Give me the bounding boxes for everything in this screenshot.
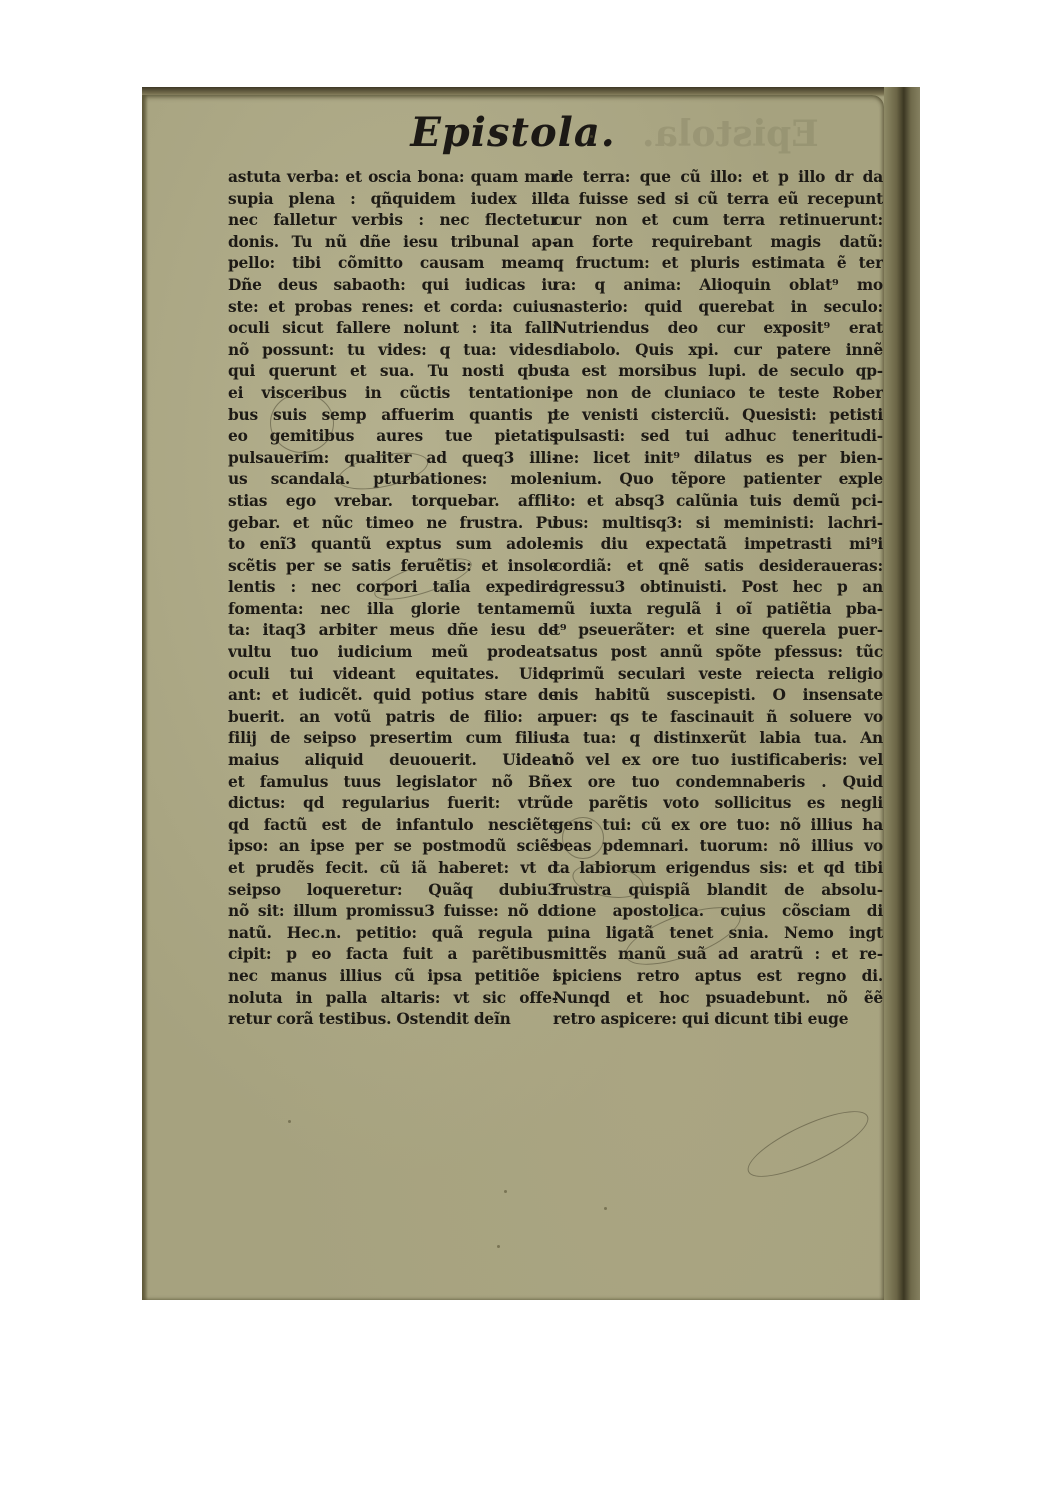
text-line: cur non et cum terra retinuerunt:	[553, 210, 883, 232]
text-line: ra: q anima: Alioquin oblat⁹ mo	[553, 275, 883, 297]
text-line: ex ore tuo condemnaberis . Quid	[553, 772, 883, 794]
text-line: igressu3 obtinuisti. Post hec p an	[553, 577, 883, 599]
text-line: nũ iuxta regulã i oĩ patiẽtia pba-	[553, 599, 883, 621]
running-head: Epistola.	[142, 109, 884, 156]
text-line: noluta in palla altaris: vt sic offe-	[228, 988, 558, 1010]
text-line: ta: itaq3 arbiter meus dñe iesu de	[228, 620, 558, 642]
text-line: maius aliquid deuouerit. Uideat	[228, 750, 558, 772]
text-line: nasterio: quid querebat in seculo:	[553, 297, 883, 319]
text-line: nec manus illius cũ ipsa petitiõe i	[228, 966, 558, 988]
text-line: spiciens retro aptus est regno di.	[553, 966, 883, 988]
text-line: pe non de cluniaco te teste Rober	[553, 383, 883, 405]
text-line: mittẽs manũ suã ad aratrũ : et re-	[553, 944, 883, 966]
text-line: primũ seculari veste reiecta religio	[553, 664, 883, 686]
text-line: filij de seipso presertim cum filius	[228, 728, 558, 750]
text-line: ta est morsibus lupi. de seculo qp-	[553, 361, 883, 383]
text-line: ne: licet init⁹ dilatus es per bien-	[553, 448, 883, 470]
text-line: et famulus tuus legislator nõ Bñ-	[228, 772, 558, 794]
text-line: t⁹ pseuerãter: et sine querela puer-	[553, 620, 883, 642]
pen-scribble	[562, 817, 604, 859]
text-line: stias ego vrebar. torquebar. affli-	[228, 491, 558, 513]
text-line: nõ possunt: tu vides: q tua: vides:	[228, 340, 558, 362]
text-line: Nunqd et hoc psuadebunt. nõ ẽẽ	[553, 988, 883, 1010]
text-line: gebar. et nũc timeo ne frustra. Pu	[228, 513, 558, 535]
text-line: de parẽtis voto sollicitus es negli	[553, 793, 883, 815]
text-line: retur corã testibus. Ostendit deĩn	[228, 1009, 558, 1031]
text-line: to enĩ3 quantũ exptus sum adole-	[228, 534, 558, 556]
text-line: pulsasti: sed tui adhuc teneritudi-	[553, 426, 883, 448]
text-line: diabolo. Quis xpi. cur patere innẽ	[553, 340, 883, 362]
text-line: donis. Tu nũ dñe iesu tribunal ap-	[228, 232, 558, 254]
text-line: ta tua: q distinxerũt labia tua. An	[553, 728, 883, 750]
text-line: an forte requirebant magis datũ:	[553, 232, 883, 254]
text-line: q fructum: et pluris estimata ẽ ter	[553, 253, 883, 275]
pen-scribble	[270, 393, 334, 453]
page-leaf: Epistola. Epistola. astuta verba: et osc…	[142, 95, 884, 1300]
text-line: qd factũ est de infantulo nesciẽte	[228, 815, 558, 837]
text-line: natũ. Hec.n. petitio: quã regula p	[228, 923, 558, 945]
book-binding-edge	[884, 87, 920, 1300]
paper-speck	[590, 135, 593, 138]
text-line: fomenta: nec illa glorie tentamen	[228, 599, 558, 621]
text-line: nis habitũ suscepisti. O insensate	[553, 685, 883, 707]
text-line: astuta verba: et oscia bona: quam mar	[228, 167, 558, 189]
paper-speck	[504, 1190, 507, 1193]
paper-speck	[288, 1120, 291, 1123]
text-line: cordiã: et qnẽ satis desideraueras:	[553, 556, 883, 578]
text-line: satus post annũ spõte pfessus: tũc	[553, 642, 883, 664]
paper-speck	[497, 1245, 500, 1248]
text-line: retro aspicere: qui dicunt tibi euge	[553, 1009, 883, 1031]
text-line: Nutriendus deo cur exposit⁹ erat	[553, 318, 883, 340]
paper-speck	[604, 1207, 607, 1210]
scanned-page-photo: Epistola. Epistola. astuta verba: et osc…	[142, 87, 920, 1300]
pen-scribble	[740, 1099, 876, 1189]
text-line: buerit. an votũ patris de filio: an	[228, 707, 558, 729]
text-line: puer: qs te fascinauit ñ soluere vo	[553, 707, 883, 729]
page-left-edge	[142, 95, 148, 1300]
text-line: Dñe deus sabaoth: qui iudicas iu	[228, 275, 558, 297]
text-line: to: et absq3 calũnia tuis demũ pci-	[553, 491, 883, 513]
text-line: ta fuisse sed si cũ terra eũ recepunt	[553, 189, 883, 211]
text-line: ant: et iudicẽt. quid potius stare de	[228, 685, 558, 707]
text-line: nec falletur verbis : nec flectetur	[228, 210, 558, 232]
text-line: et prudẽs fecit. cũ iã haberet: vt d	[228, 858, 558, 880]
text-column-right: de terra: que cũ illo: et p illo dr data…	[553, 167, 883, 1031]
text-line: scẽtis per se satis feruẽtis: et insole	[228, 556, 558, 578]
text-line: de terra: que cũ illo: et p illo dr da	[553, 167, 883, 189]
text-line: vultu tuo iudicium meũ prodeat:	[228, 642, 558, 664]
text-line: cipit: p eo facta fuit a parẽtibus:	[228, 944, 558, 966]
text-line: oculi tui videant equitates. Uide	[228, 664, 558, 686]
text-line: oculi sicut fallere nolunt : ita falli	[228, 318, 558, 340]
text-line: pello: tibi cõmitto causam meam.	[228, 253, 558, 275]
text-line: ste: et probas renes: et corda: cuius	[228, 297, 558, 319]
text-line: seipso loqueretur: Quãq dubiu3	[228, 880, 558, 902]
text-line: supia plena : qñquidem iudex ille	[228, 189, 558, 211]
text-line: nõ vel ex ore tuo iustificaberis: vel	[553, 750, 883, 772]
text-line: te venisti cisterciũ. Quesisti: petisti	[553, 405, 883, 427]
text-line: qui querunt et sua. Tu nosti qbus	[228, 361, 558, 383]
text-line: ipso: an ipse per se postmodũ sciẽs	[228, 836, 558, 858]
text-line: ei visceribus in cũctis tentationi-	[228, 383, 558, 405]
text-line: nium. Quo tẽpore patienter exple	[553, 469, 883, 491]
text-line: mis diu expectatã impetrasti mi⁹i	[553, 534, 883, 556]
text-line: bus: multisq3: si meministi: lachri-	[553, 513, 883, 535]
text-line: dictus: qd regularius fuerit: vtrũ:	[228, 793, 558, 815]
text-line: nõ sit: illum promissu3 fuisse: nõ do	[228, 901, 558, 923]
